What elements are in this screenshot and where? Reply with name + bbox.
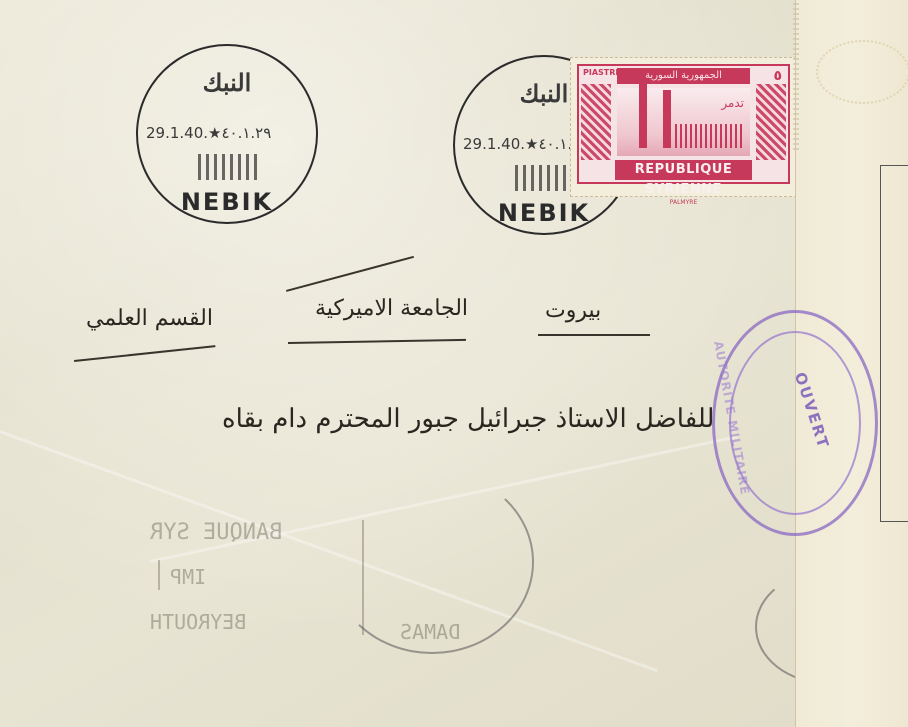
showthrough-rule [158, 560, 160, 590]
address-recipient: للفاضل الاستاذ جبرائيل جبور المحترم دام … [222, 404, 714, 434]
envelope: BANQUE SYR IMP BEYROUTH DAMAS النبك 29.1… [0, 0, 908, 727]
stamp-ornament [581, 84, 611, 160]
showthrough-text: BEYROUTH [150, 610, 246, 634]
stamp-perforation-edge [793, 0, 799, 150]
address-underline [288, 339, 466, 344]
postmark-bars [515, 165, 575, 191]
address-institution: الجامعة الاميركية [315, 296, 468, 321]
stamp-ornament [756, 84, 786, 160]
stamp-colonnade [675, 124, 742, 148]
stamp-palmyra-scene: تدمر [617, 88, 750, 156]
postmark-town: NEBIK [138, 188, 316, 216]
stamp-value: ٥ [773, 68, 782, 84]
postmark-date: 29.1.40.★٤٠.١.٢٩ [146, 124, 316, 142]
postmark-arabic-town: النبك [138, 68, 316, 97]
address-stroke [286, 256, 414, 292]
stamp-column [639, 78, 647, 148]
address-city: بيروت [545, 298, 601, 323]
stamp-country: REPUBLIQUE SYRIENNE [615, 160, 752, 180]
postmark-bars [198, 154, 258, 180]
showthrough-text: IMP [170, 565, 206, 589]
showthrough-postmark-arc [330, 470, 534, 654]
censor-label-box [880, 165, 908, 522]
address-underline [538, 334, 650, 336]
postmark-nebik: النبك 29.1.40.★٤٠.١.٢٩ NEBIK [136, 44, 318, 224]
stamp-caption: PALMYRE [571, 199, 796, 206]
paper-stain [816, 40, 908, 104]
stamp-frame: PIASTRES الجمهورية السورية ٥ تدمر REPUBL… [577, 64, 790, 184]
stamp-arabic-place: تدمر [721, 96, 744, 110]
paper-crease [0, 430, 658, 672]
stamp-column [663, 90, 671, 148]
address-underline [74, 345, 215, 361]
postage-stamp: PIASTRES الجمهورية السورية ٥ تدمر REPUBL… [570, 57, 797, 197]
stamp-arabic-country: الجمهورية السورية [617, 68, 750, 84]
showthrough-text: BANQUE SYR [150, 520, 282, 545]
address-department: القسم العلمي [86, 306, 213, 331]
